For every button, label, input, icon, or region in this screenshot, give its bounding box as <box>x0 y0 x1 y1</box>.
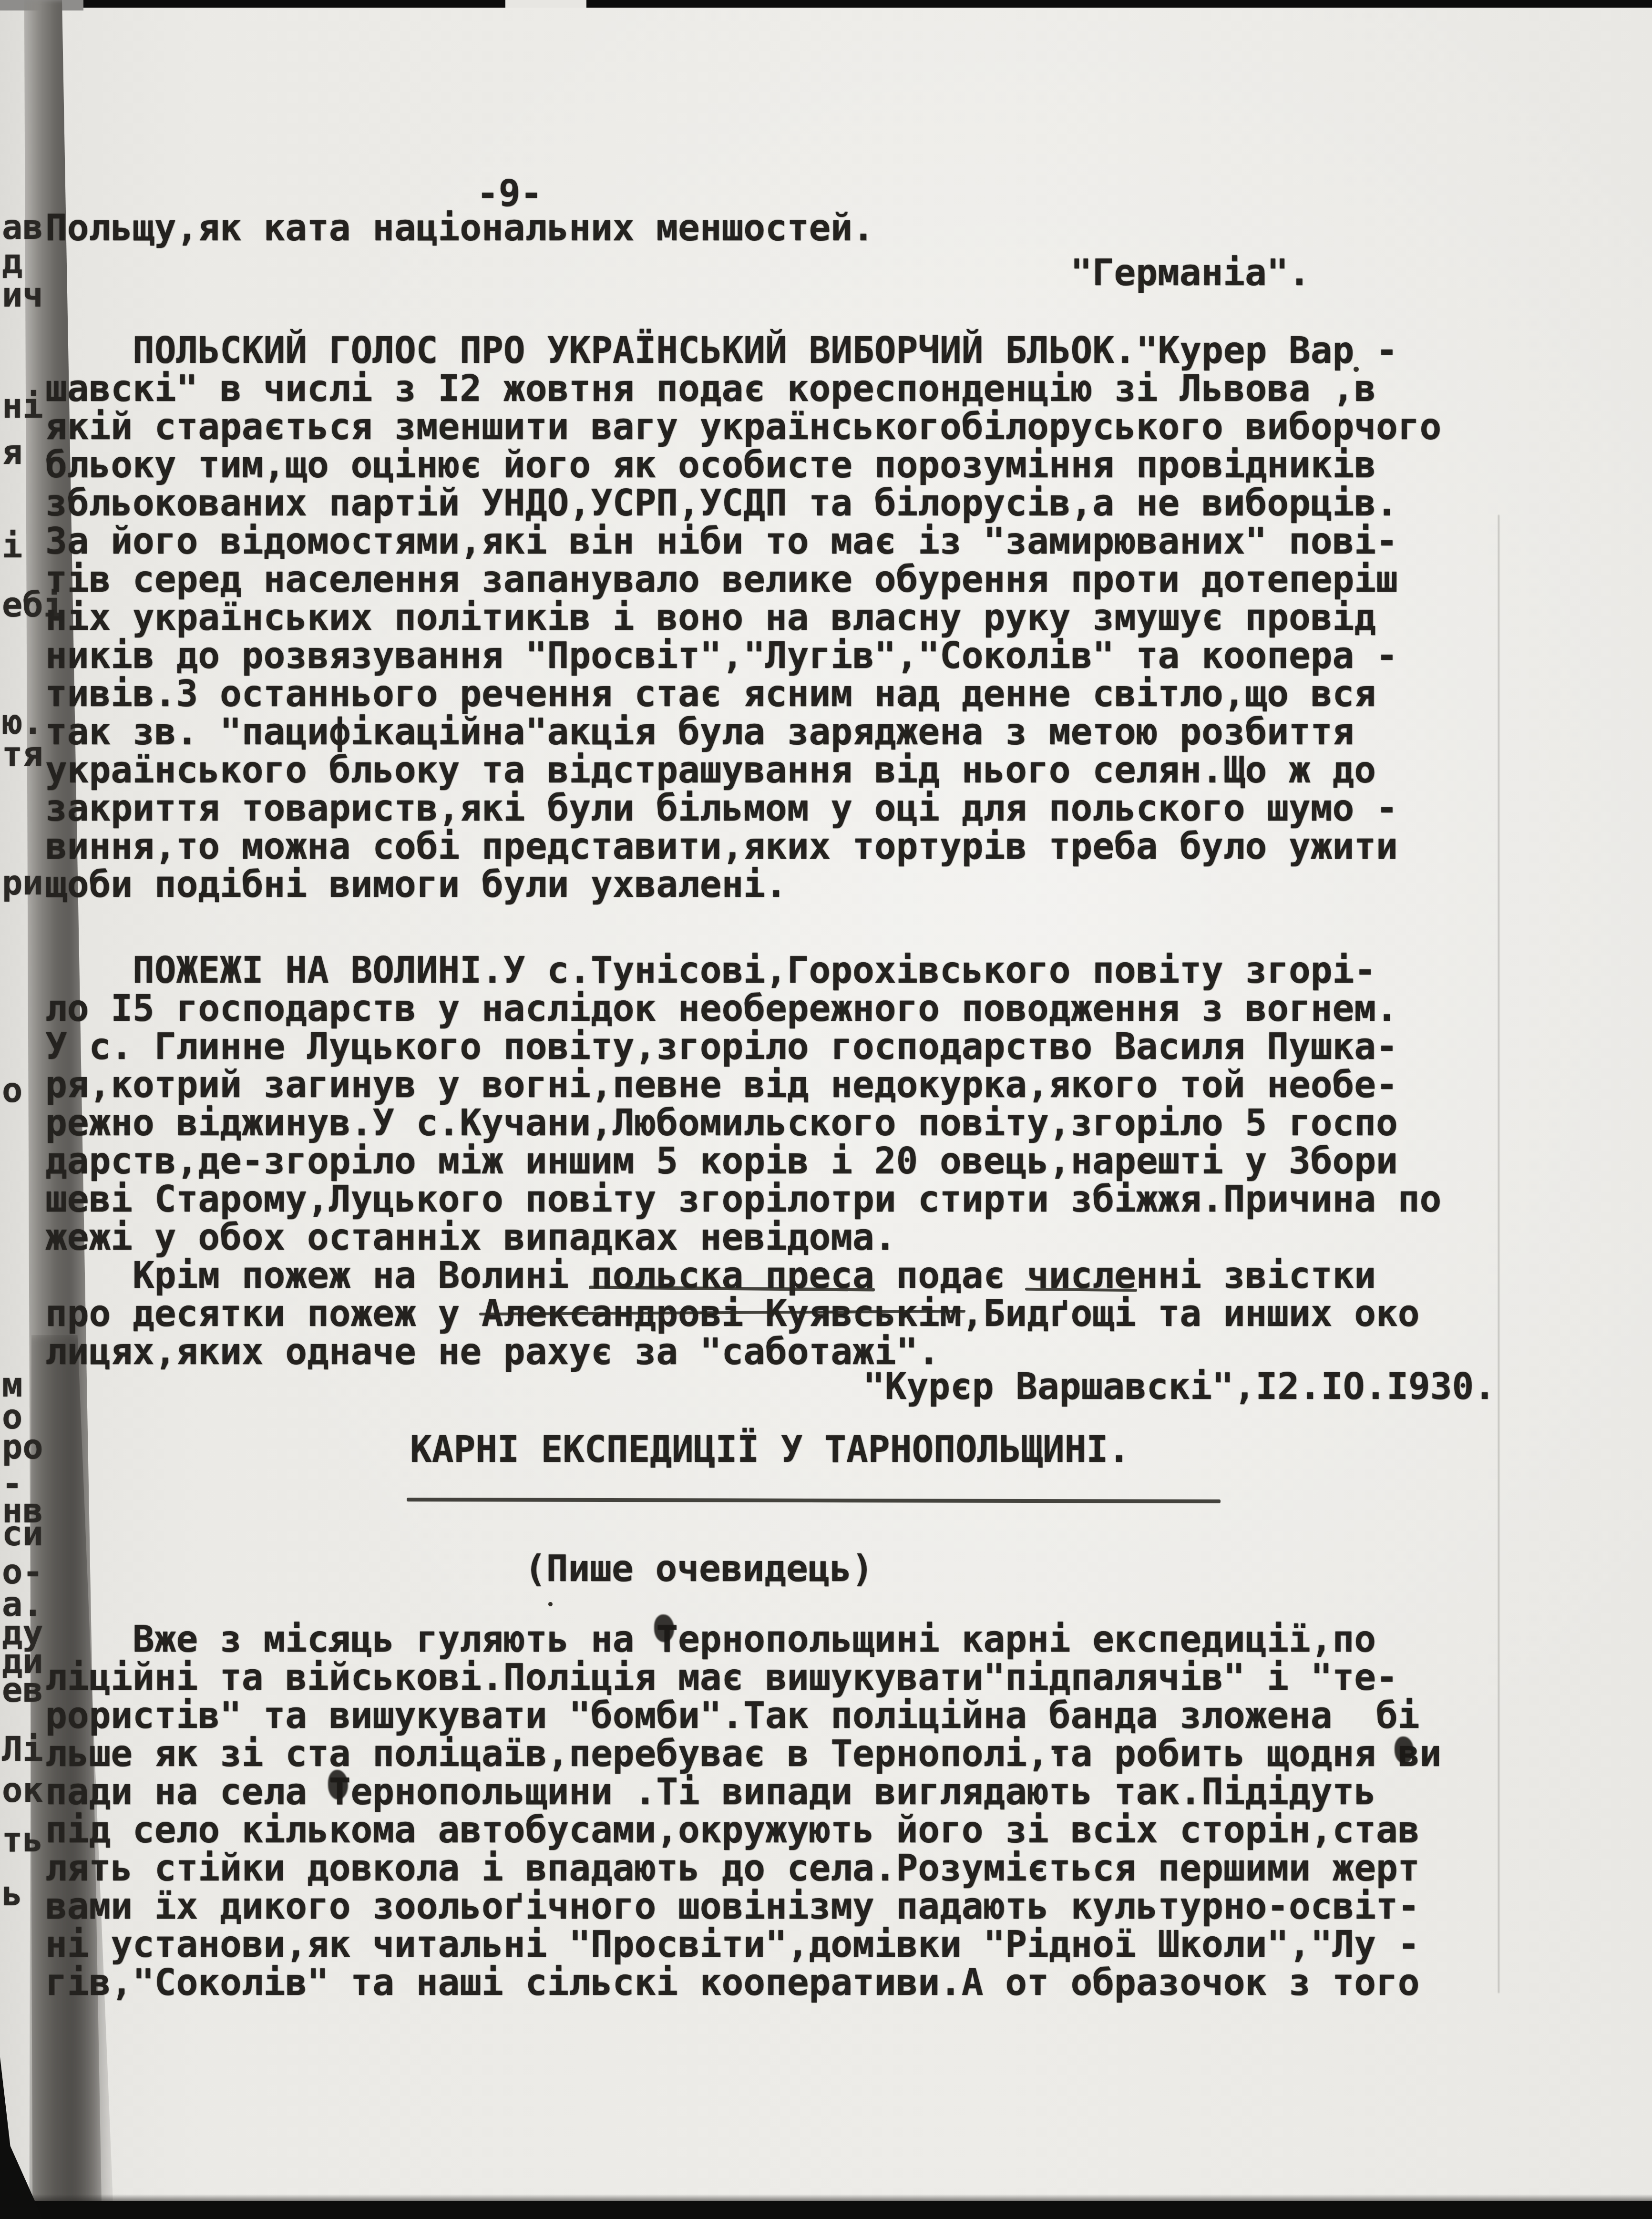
margin-fragment: я <box>2 435 22 469</box>
text-line: жежі у обох останніх випадках невідома. <box>45 1218 1441 1256</box>
heading-underline-rule <box>407 1498 1221 1503</box>
margin-fragment: ич <box>2 277 43 312</box>
text-line: дарств,де-згоріло між иншим 5 корів і 20… <box>45 1142 1441 1180</box>
text-line: під село кількома автобусами,окружують й… <box>45 1811 1441 1849</box>
article-punitive-expeditions-body: Вже з місяць гуляють на Тернопольщині ка… <box>45 1620 1441 2002</box>
text-line: гів,"Соколів" та наші сільскі кооператив… <box>45 1963 1441 2002</box>
text-line: шавскі" в числі з I2 жовтня подає коресп… <box>45 370 1441 408</box>
text-line: закриття товариств,які були більмом у оц… <box>45 789 1441 827</box>
text-line: ПОЛЬСКИЙ ГОЛОС ПРО УКРАЇНСЬКИЙ ВИБОРЧИЙ … <box>45 331 1441 370</box>
text-line: ніх українських політиків і воно на влас… <box>45 598 1441 637</box>
scan-top-edge <box>0 0 1652 8</box>
article-polish-voice-electoral-bloc: ПОЛЬСКИЙ ГОЛОС ПРО УКРАЇНСЬКИЙ ВИБОРЧИЙ … <box>45 331 1441 904</box>
text-line: тивів.З останнього речення стає ясним на… <box>45 675 1441 713</box>
margin-fragment: ав <box>2 210 43 244</box>
text-line: пади на села Тернопольщини .Ті випади ви… <box>45 1773 1441 1811</box>
section-subheading-eyewitness: (Пише очевидець) <box>524 1550 873 1588</box>
text-line: збльокованих партій УНДО,УСРП,УСДП та бі… <box>45 484 1441 522</box>
text-line: ПОЖЕЖІ НА ВОЛИНІ.У с.Тунісові,Горохівськ… <box>45 951 1441 989</box>
text-line: щоби подібні вимоги були ухвалені. <box>45 865 1441 904</box>
margin-fragment: ок <box>2 1773 43 1807</box>
text-line: так зв. "пацифікаційна"акція була зарядж… <box>45 713 1441 751</box>
margin-fragment: д <box>2 244 22 278</box>
text-line: ні установи,як читальні "Просвіти",домів… <box>45 1925 1441 1963</box>
scan-bottom-edge <box>0 2201 1652 2219</box>
scanned-typewritten-page: авдичніяіебію.тяриоморо-нвсио-а.дудиевЛі… <box>0 0 1652 2219</box>
overtype-ink-blob <box>654 1614 674 1642</box>
text-line: ло I5 господарств у наслідок необережног… <box>45 989 1441 1027</box>
paper-crease-line <box>1498 515 1499 1993</box>
text-line: якій старається зменшити вагу українсько… <box>45 408 1441 446</box>
section-heading-punitive-expeditions: КАРНІ ЕКСПЕДИЦІЇ У ТАРНОПОЛЬЩИНІ. <box>410 1430 1130 1469</box>
scan-top-edge-gap <box>505 0 586 8</box>
text-line: рористів" та вишукувати "бомби".Так полі… <box>45 1696 1441 1735</box>
text-line: У с. Глинне Луцького повіту,згоріло госп… <box>45 1027 1441 1066</box>
scan-bottom-fade <box>0 2194 1652 2201</box>
margin-fragment: ри <box>2 865 43 900</box>
margin-fragment: ні <box>2 389 43 423</box>
ink-speck <box>548 1602 553 1606</box>
text-line: українського бльоку та відстрашування ві… <box>45 751 1441 789</box>
margin-fragment: Лі <box>2 1732 43 1766</box>
text-line: ря,котрий загинув у вогні,певне від недо… <box>45 1066 1441 1104</box>
text-line: ліційні та військові.Поліція має вишукув… <box>45 1658 1441 1696</box>
text-line: За його відомостями,які він ніби то має … <box>45 522 1441 560</box>
margin-fragment: ь <box>2 1876 22 1911</box>
margin-fragment: ев <box>2 1673 43 1707</box>
margin-fragment: ро <box>2 1429 43 1464</box>
top-carryover-line: Польщу,як ката національних меншостей. <box>45 209 874 247</box>
text-line: виння,то можна собі представити,яких тор… <box>45 827 1441 865</box>
text-line: шеві Старому,Луцького повіту згорілотри … <box>45 1180 1441 1218</box>
article-fires-in-volhynia: ПОЖЕЖІ НА ВОЛИНІ.У с.Тунісові,Горохівськ… <box>45 951 1441 1371</box>
source-citation-kurjer-warszawski: "Курєр Варшавскі",I2.IO.I930. <box>863 1367 1496 1406</box>
overtype-ink-blob <box>1395 1736 1414 1763</box>
text-line: режно віджинув.У с.Кучани,Любомильского … <box>45 1104 1441 1142</box>
text-line: льше як зі ста поліцаїв,перебуває в Терн… <box>45 1735 1441 1773</box>
text-line: Вже з місяць гуляють на Тернопольщині ка… <box>45 1620 1441 1658</box>
text-line: бльоку тим,що оцінює його як особисте по… <box>45 446 1441 484</box>
margin-fragment: ть <box>2 1822 43 1857</box>
text-line: вами їх дикого зоольоґічного шовінізму п… <box>45 1887 1441 1925</box>
text-line: лять стійки довкола і впадають до села.Р… <box>45 1849 1441 1887</box>
text-line: тів серед населення запанувало велике об… <box>45 560 1441 598</box>
attribution-germania: "Германіа". <box>1070 254 1310 292</box>
overtype-ink-blob <box>328 1770 348 1799</box>
text-line: ників до розвязування "Просвіт","Лугів",… <box>45 637 1441 675</box>
margin-fragment: тя <box>2 737 43 771</box>
margin-fragment: о <box>2 1073 22 1107</box>
margin-fragment: і <box>2 528 22 563</box>
margin-fragment: си <box>2 1516 43 1551</box>
